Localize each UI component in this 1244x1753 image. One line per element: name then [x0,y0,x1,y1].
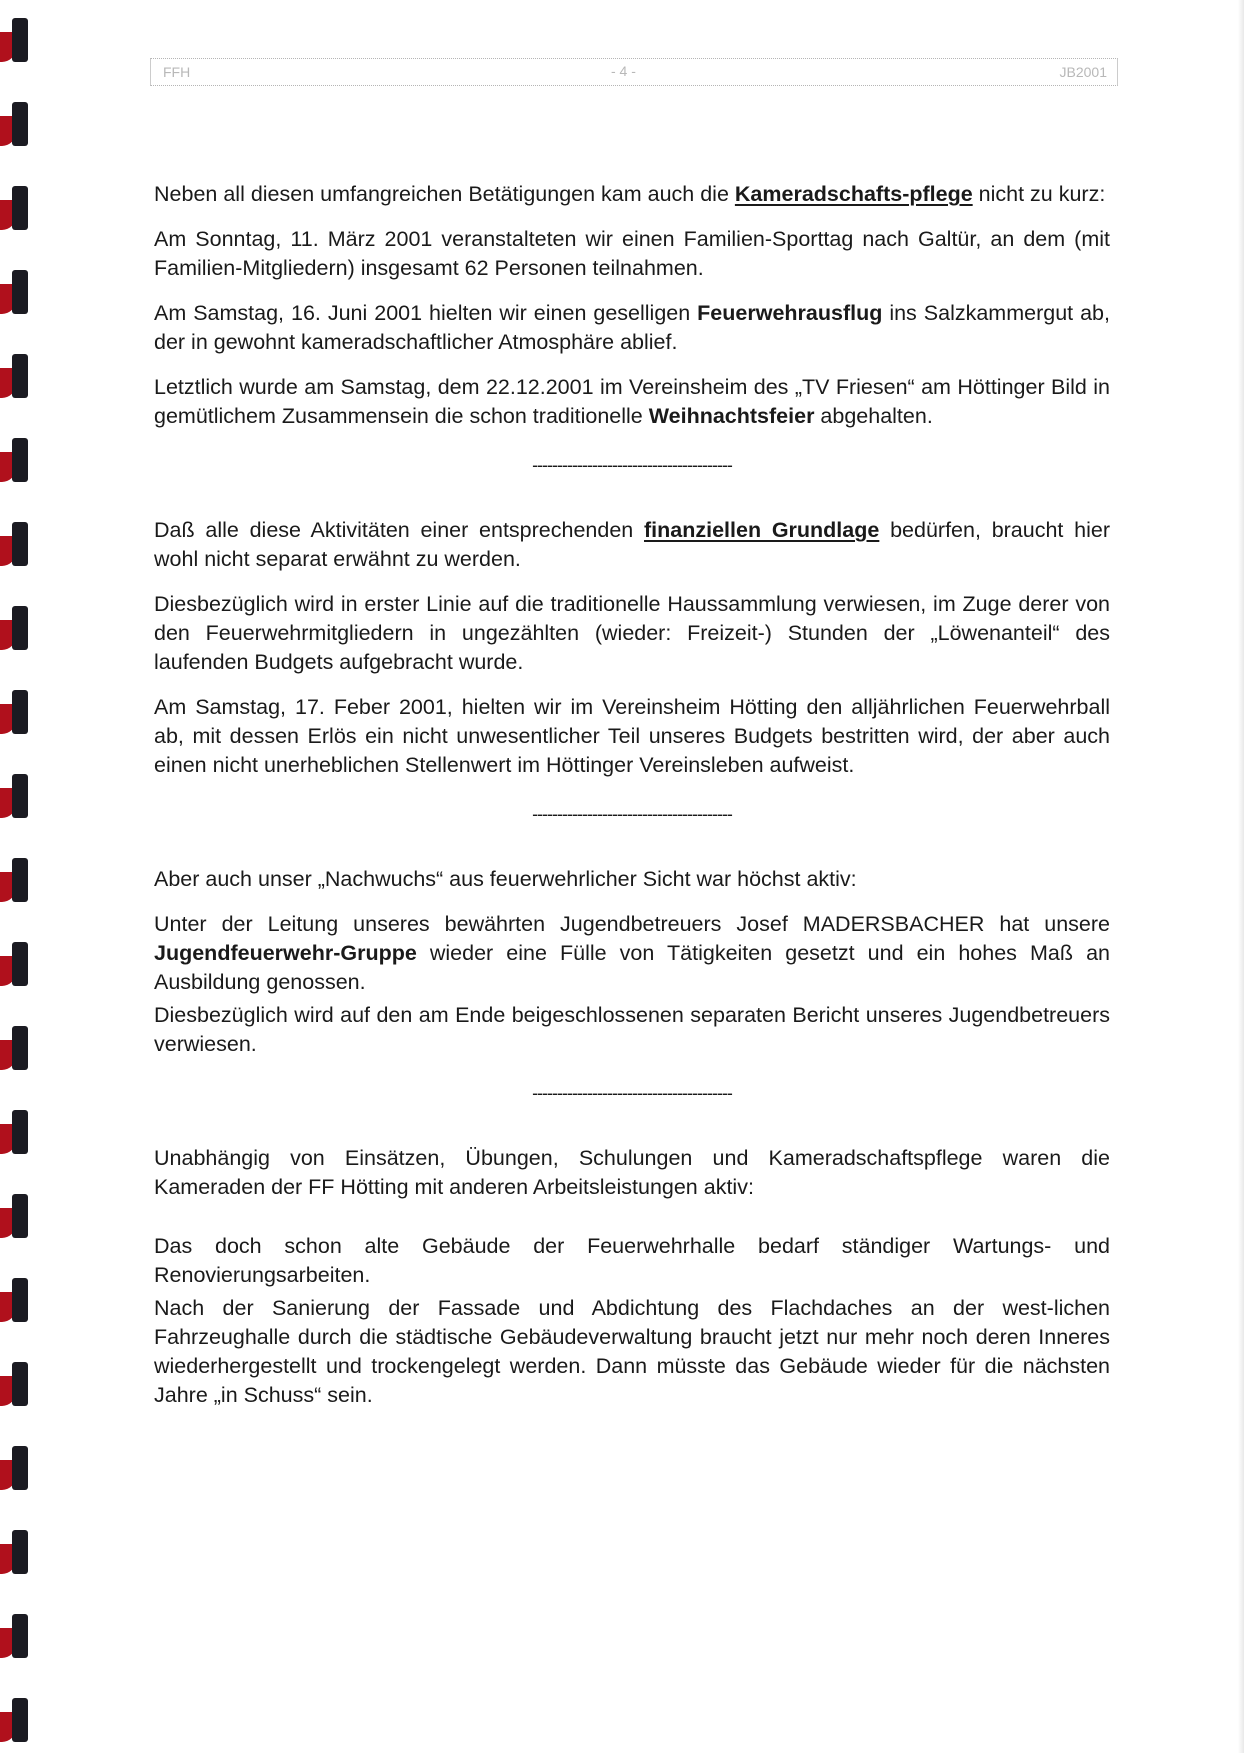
separator: ---------------------------------------- [154,451,1110,480]
paragraph: Letztlich wurde am Samstag, dem 22.12.20… [154,373,1110,431]
binding-ring [0,1446,28,1490]
paragraph: Am Sonntag, 11. März 2001 veranstalteten… [154,225,1110,283]
binding-ring [0,858,28,902]
page-edge [1238,0,1244,1753]
binding-ring [0,1362,28,1406]
paragraph: Das doch schon alte Gebäude der Feuerweh… [154,1232,1110,1290]
binding-ring [0,1614,28,1658]
paragraph: Am Samstag, 17. Feber 2001, hielten wir … [154,693,1110,780]
binding-ring [0,774,28,818]
paragraph: Am Samstag, 16. Juni 2001 hielten wir ei… [154,299,1110,357]
binding-ring [0,606,28,650]
page-number: - 4 - [611,63,636,79]
separator: ---------------------------------------- [154,1079,1110,1108]
binding-ring [0,942,28,986]
paragraph: Neben all diesen umfangreichen Betätigun… [154,180,1110,209]
binding-ring [0,522,28,566]
paragraph: Unter der Leitung unseres bewährten Juge… [154,910,1110,997]
binding-ring [0,354,28,398]
paragraph: Daß alle diese Aktivitäten einer entspre… [154,516,1110,574]
binding-ring [0,1278,28,1322]
page-header: FFH - 4 - JB2001 [150,58,1118,86]
paragraph: Nach der Sanierung der Fassade und Abdic… [154,1294,1110,1410]
binding-ring [0,1698,28,1742]
separator: ---------------------------------------- [154,800,1110,829]
header-right: JB2001 [1060,64,1107,80]
paragraph: Diesbezüglich wird auf den am Ende beige… [154,1001,1110,1059]
binding-ring [0,18,28,62]
document-body: Neben all diesen umfangreichen Betätigun… [154,180,1110,1426]
binding-ring [0,102,28,146]
header-left: FFH [163,64,190,80]
binding-ring [0,270,28,314]
binding-ring [0,438,28,482]
binding-ring [0,1530,28,1574]
binding-ring [0,1194,28,1238]
paragraph: Unabhängig von Einsätzen, Übungen, Schul… [154,1144,1110,1202]
binding-ring [0,1110,28,1154]
binding-ring [0,690,28,734]
paragraph: Diesbezüglich wird in erster Linie auf d… [154,590,1110,677]
binding-ring [0,1026,28,1070]
binding-ring [0,186,28,230]
paragraph: Aber auch unser „Nachwuchs“ aus feuerweh… [154,865,1110,894]
spiral-binding [0,0,40,1753]
